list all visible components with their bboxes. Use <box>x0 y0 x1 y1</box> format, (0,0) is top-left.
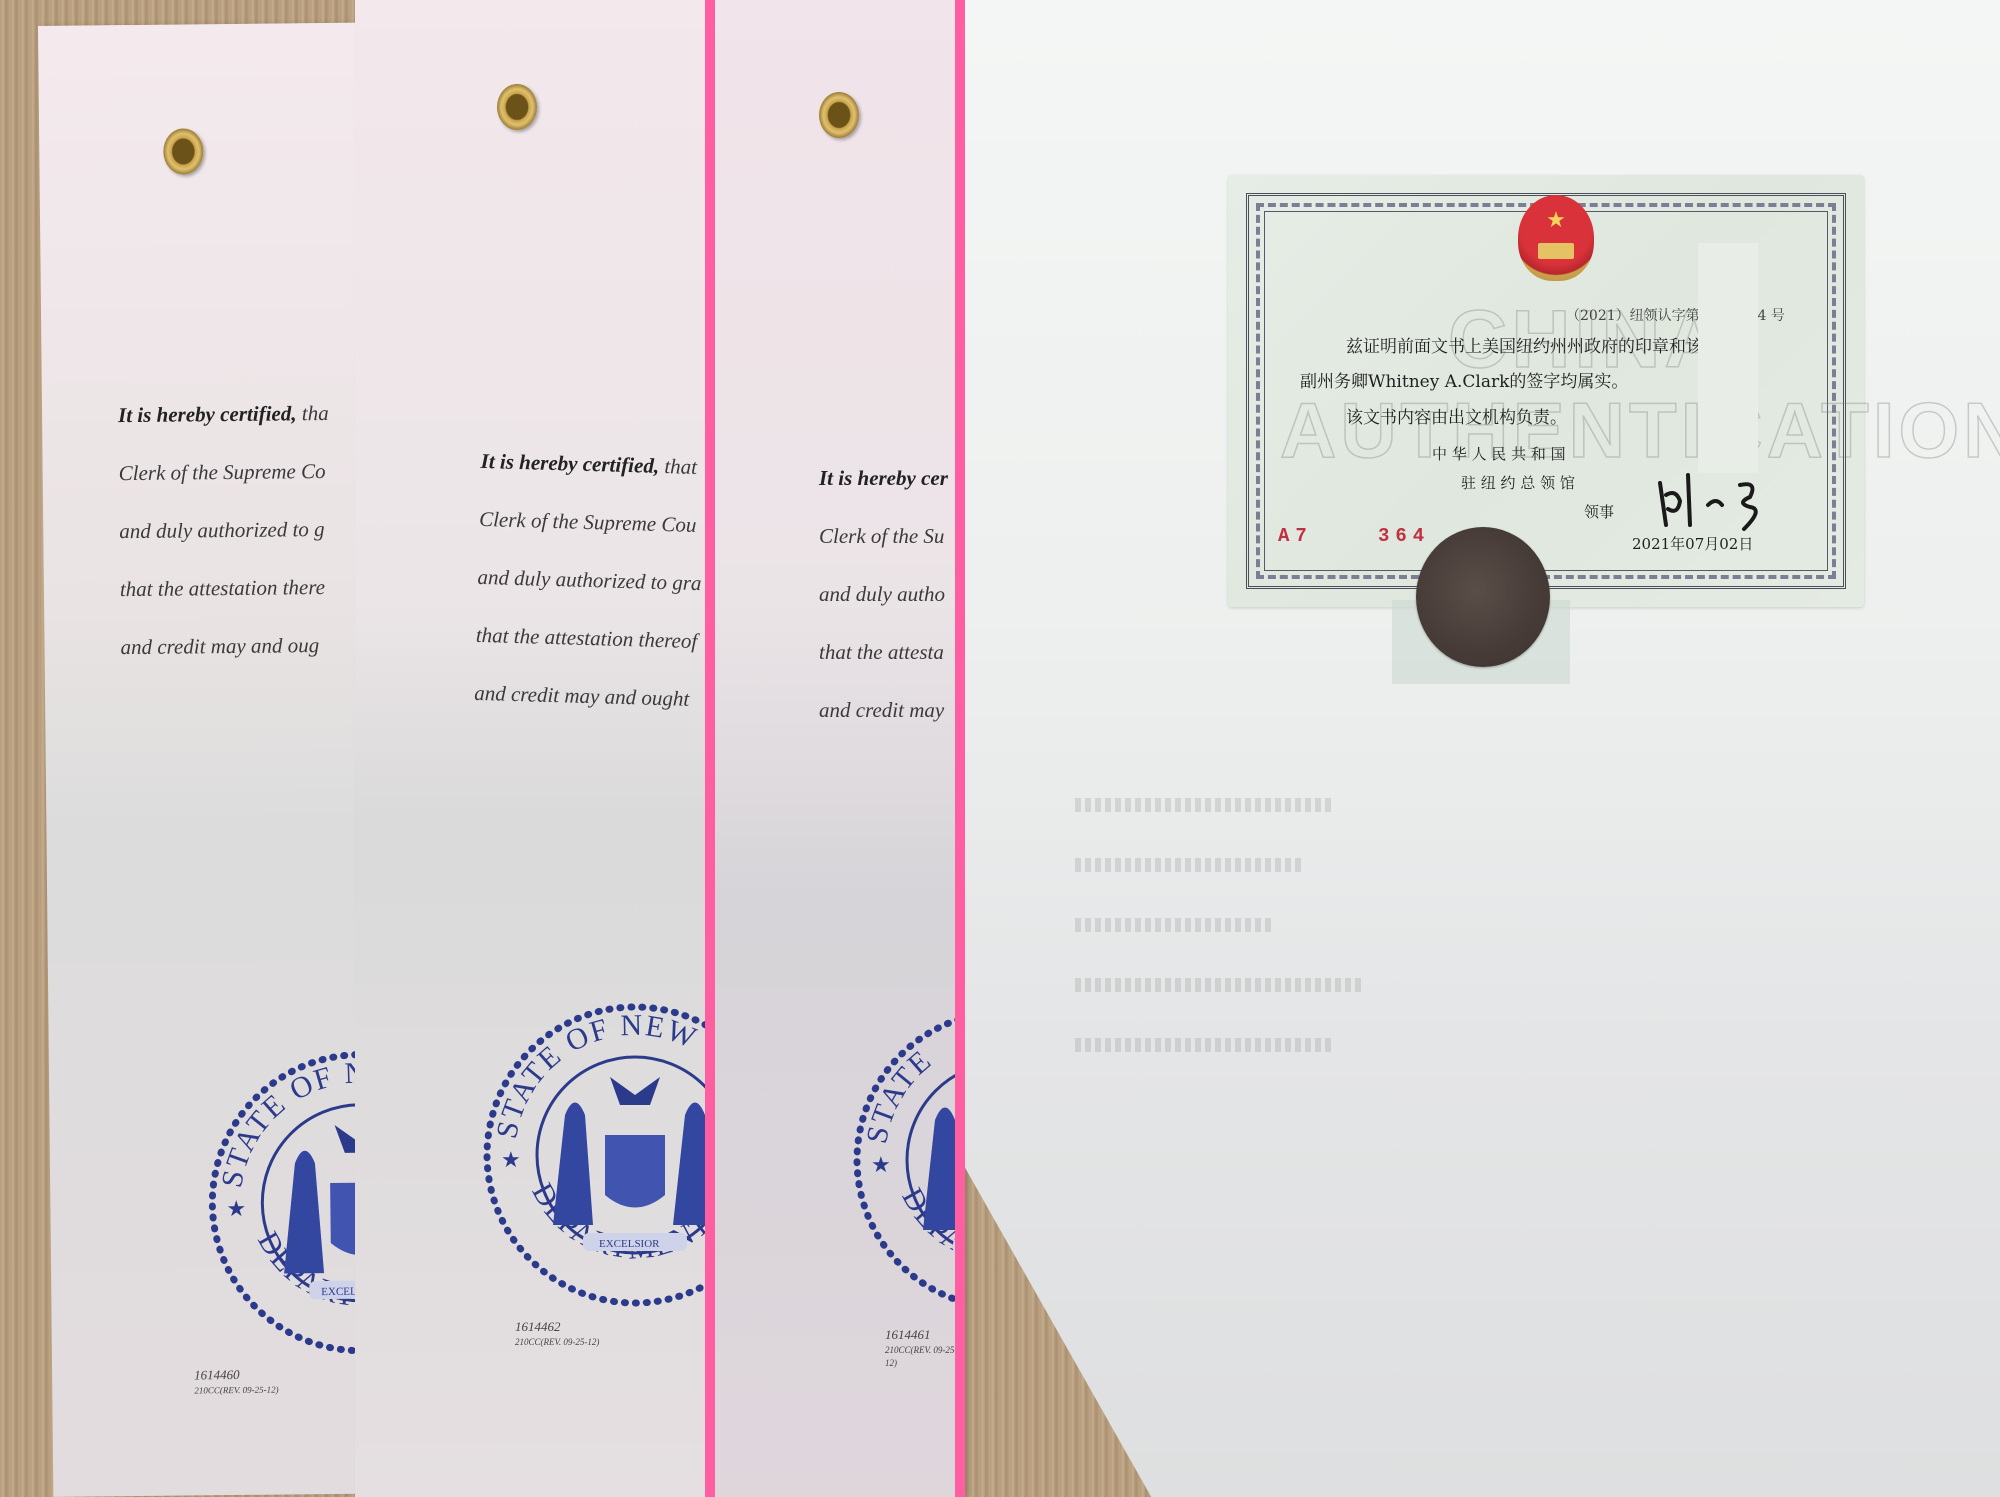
certification-line-1: 兹证明前面文书上美国纽约州州政府的印章和该州 <box>1346 332 1720 357</box>
serial-number-end: 364 <box>1378 525 1430 547</box>
text-line: that the attesta <box>819 640 948 698</box>
svg-text:EXCEL: EXCEL <box>321 1286 357 1298</box>
grommet-icon <box>819 92 859 138</box>
svg-text:STATE OF NEW: STATE OF NEW <box>490 1009 702 1142</box>
embossed-seal-sticker <box>1416 527 1550 667</box>
svg-text:★: ★ <box>501 1147 521 1172</box>
text-line: that the attestation thereof <box>475 623 701 687</box>
grommet-icon <box>163 128 203 174</box>
text-line: Clerk of the Su <box>819 524 948 582</box>
text-line: Clerk of the Supreme Co <box>119 459 330 519</box>
text-line: that the attestation there <box>120 575 331 635</box>
certification-line-2: 副州务卿Whitney A.Clark的签字均属实。 <box>1300 367 1628 392</box>
bleed-through-text <box>1075 798 1335 812</box>
bleed-through-text <box>1075 1038 1335 1052</box>
certificate-text: It is hereby certified, tha Clerk of the… <box>118 401 332 693</box>
ny-state-seal-icon: STATE OF NEW DEPARTMENT OF ★ EXCELSIOR <box>475 995 715 1315</box>
ny-certificate-sheet-2: It is hereby certified, that Clerk of th… <box>355 0 715 1497</box>
bleed-through-text <box>1075 978 1365 992</box>
bleed-through-text <box>1075 918 1275 932</box>
certification-line-3: 该文书内容由出文机构负责。 <box>1346 403 1567 428</box>
china-consulate-authentication-certificate: CHINA AUTHENTICATION ★ （2021）纽领认字第 00128… <box>1228 175 1864 607</box>
document-number: 1614460 210CC(REV. 09-25-12) <box>194 1366 279 1398</box>
issue-date: 2021年07月02日 <box>1632 533 1753 554</box>
text-line: and duly autho <box>819 582 948 640</box>
redaction <box>1698 243 1758 473</box>
ny-certificate-sheet-1: It is hereby certified, tha Clerk of the… <box>38 22 409 1497</box>
svg-text:★: ★ <box>871 1152 891 1177</box>
consul-signature-icon <box>1648 465 1788 535</box>
certificate-text: It is hereby cer Clerk of the Su and dul… <box>819 466 948 756</box>
serial-number-start: A7 <box>1278 525 1313 547</box>
grommet-icon <box>497 84 537 130</box>
document-number: 1614461 210CC(REV. 09-25-12) <box>885 1326 965 1369</box>
text-line: and credit may <box>819 698 948 756</box>
ny-certificate-sheet-3: It is hereby cer Clerk of the Su and dul… <box>715 0 965 1497</box>
issuer-country: 中 华 人 民 共 和 国 <box>1432 443 1566 464</box>
national-emblem-icon: ★ <box>1518 195 1594 281</box>
svg-text:★: ★ <box>226 1196 246 1221</box>
issuer-office: 驻 纽 约 总 领 馆 <box>1461 472 1575 493</box>
text-line: It is hereby certified, that <box>479 449 705 513</box>
text-line: and credit may and ought <box>473 681 699 745</box>
text-line: It is hereby cer <box>819 466 948 524</box>
bleed-through-text <box>1075 858 1305 872</box>
ny-state-seal-icon: STATE DEPARTMENT ★ EXC <box>845 1000 965 1320</box>
text-line: and duly authorized to g <box>119 517 330 577</box>
text-line: and duly authorized to gra <box>476 565 702 629</box>
certificate-text: It is hereby certified, that Clerk of th… <box>473 449 705 745</box>
watermark: AUTHENTICATION <box>1280 385 2000 476</box>
text-line: It is hereby certified, tha <box>118 401 329 461</box>
svg-text:EXCELSIOR: EXCELSIOR <box>599 1238 660 1250</box>
issuer-title: 领事 <box>1584 501 1614 522</box>
text-line: and credit may and oug <box>120 633 331 693</box>
document-number: 1614462 210CC(REV. 09-25-12) <box>515 1318 599 1349</box>
text-line: Clerk of the Supreme Cou <box>478 507 704 571</box>
